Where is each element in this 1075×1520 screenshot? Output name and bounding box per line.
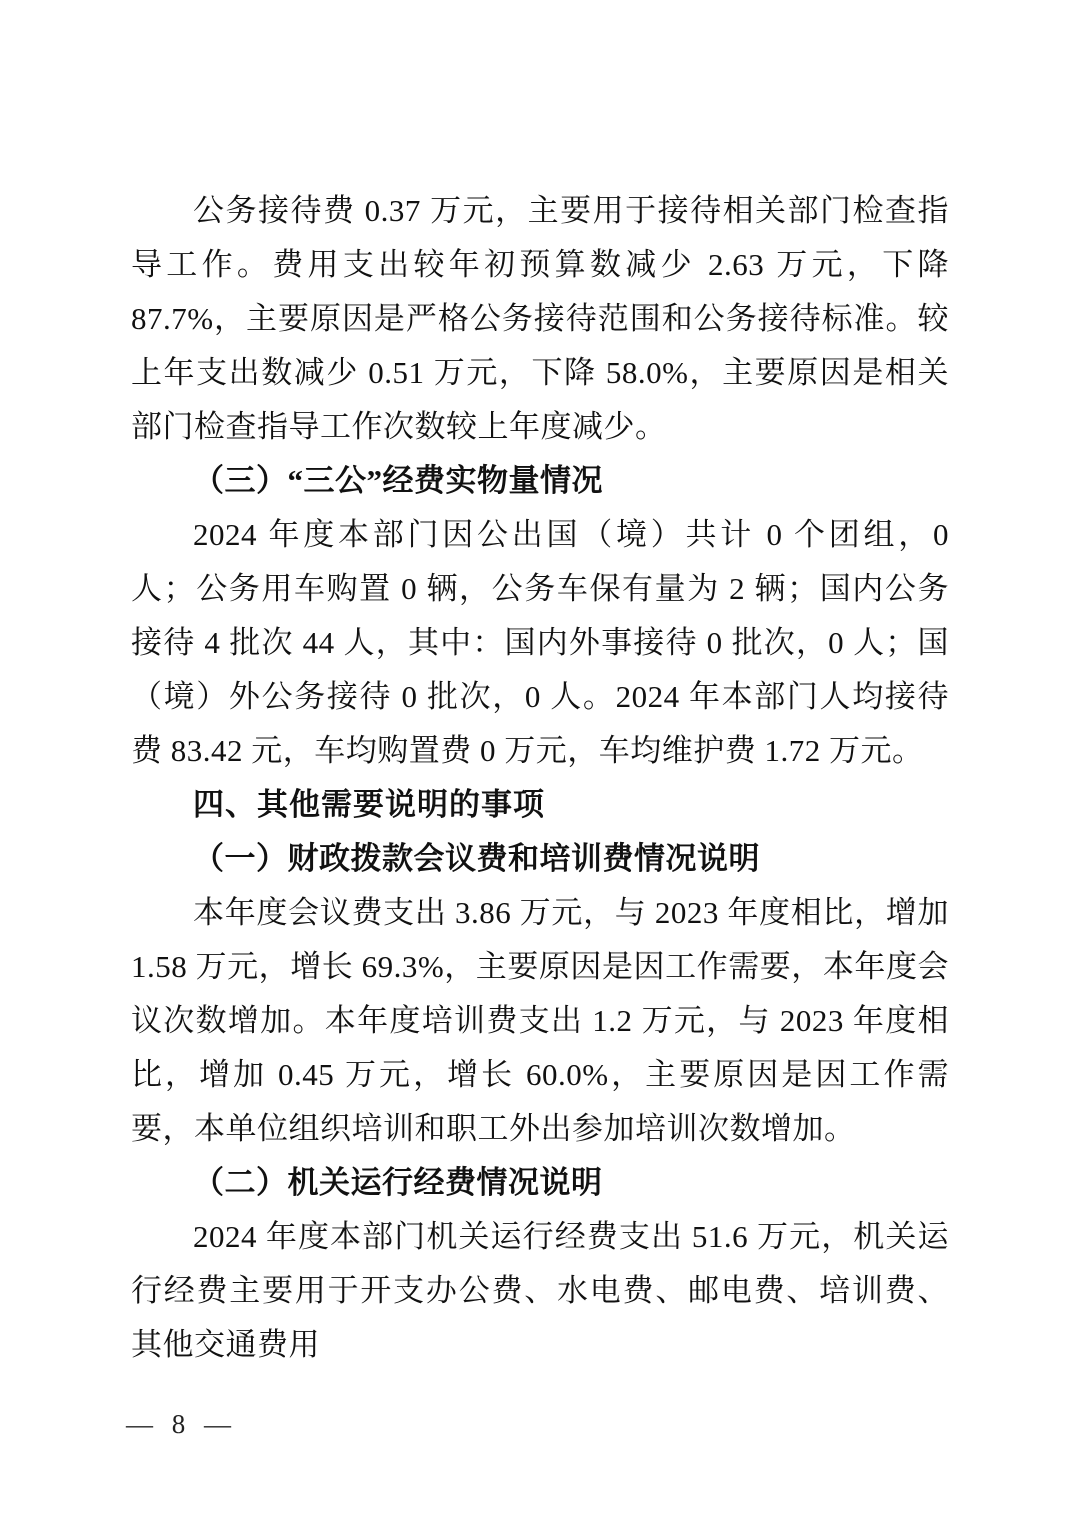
document-page: 公务接待费 0.37 万元，主要用于接待相关部门检查指导工作。费用支出较年初预算… [0, 0, 1075, 1520]
heading-section-three-sangong-physical-quantity: （三）“三公”经费实物量情况 [131, 454, 949, 508]
paragraph-meeting-training-fees-detail: 本年度会议费支出 3.86 万元，与 2023 年度相比，增加 1.58 万元，… [131, 886, 949, 1156]
heading-section-four-other-matters: 四、其他需要说明的事项 [131, 778, 949, 832]
heading-section-four-two-agency-operating-funds: （二）机关运行经费情况说明 [131, 1156, 949, 1210]
document-body: 公务接待费 0.37 万元，主要用于接待相关部门检查指导工作。费用支出较年初预算… [131, 184, 949, 1372]
paragraph-agency-operating-funds-detail: 2024 年度本部门机关运行经费支出 51.6 万元，机关运行经费主要用于开支办… [131, 1210, 949, 1372]
paragraph-official-reception-expense: 公务接待费 0.37 万元，主要用于接待相关部门检查指导工作。费用支出较年初预算… [131, 184, 949, 454]
paragraph-sangong-physical-quantity-detail: 2024 年度本部门因公出国（境）共计 0 个团组，0 人；公务用车购置 0 辆… [131, 508, 949, 778]
heading-section-four-one-meeting-training-fees: （一）财政拨款会议费和培训费情况说明 [131, 832, 949, 886]
page-number: — 8 — [126, 1399, 237, 1449]
